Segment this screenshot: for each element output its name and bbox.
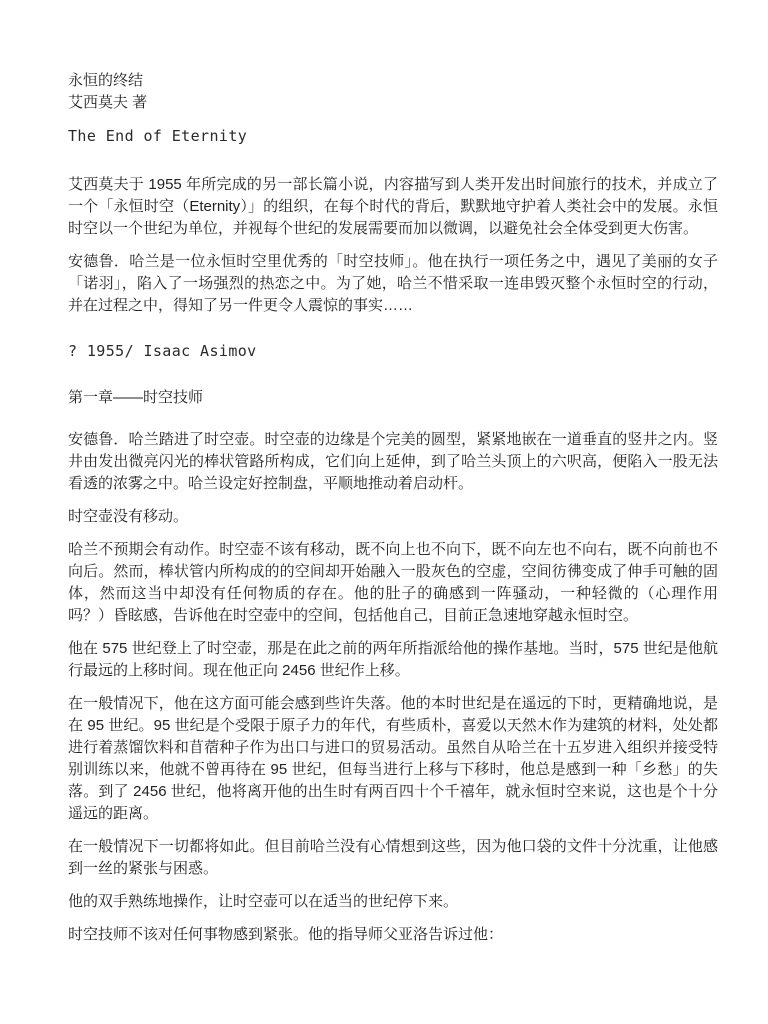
intro-paragraph-1: 艾西莫夫于 1955 年所完成的另一部长篇小说，内容描写到人类开发出时间旅行的技… — [68, 174, 718, 240]
body-paragraph-7: 他的双手熟练地操作，让时空壶可以在适当的世纪停下来。 — [68, 891, 718, 913]
body-paragraph-3: 哈兰不预期会有动作。时空壶不该有移动，既不向上也不向下，既不向左也不向右，既不向… — [68, 539, 718, 627]
document-page: 永恒的终结 艾西莫夫 著 The End of Eternity 艾西莫夫于 1… — [0, 0, 768, 1024]
chapter-heading: 第一章——时空技师 — [68, 387, 718, 409]
intro-paragraph-2: 安德鲁．哈兰是一位永恒时空里优秀的「时空技师」。他在执行一项任务之中，遇见了美丽… — [68, 251, 718, 317]
copyright-line: ? 1955/ Isaac Asimov — [68, 341, 718, 361]
english-title: The End of Eternity — [68, 126, 718, 146]
book-author: 艾西莫夫 著 — [68, 92, 718, 114]
body-paragraph-4: 他在 575 世纪登上了时空壶，那是在此之前的两年所指派给他的操作基地。当时，5… — [68, 638, 718, 682]
book-title: 永恒的终结 — [68, 70, 718, 92]
body-paragraph-8: 时空技师不该对任何事物感到紧张。他的指导师父亚洛告诉过他： — [68, 924, 718, 946]
body-paragraph-6: 在一般情况下一切都将如此。但目前哈兰没有心情想到这些，因为他口袋的文件十分沈重，… — [68, 836, 718, 880]
body-paragraph-2: 时空壶没有移动。 — [68, 506, 718, 528]
body-paragraph-5: 在一般情况下，他在这方面可能会感到些许失落。他的本时世纪是在遥远的下时，更精确地… — [68, 693, 718, 825]
page-content: 永恒的终结 艾西莫夫 著 The End of Eternity 艾西莫夫于 1… — [0, 0, 768, 946]
title-block: 永恒的终结 艾西莫夫 著 — [68, 70, 718, 114]
body-paragraph-1: 安德鲁．哈兰踏进了时空壶。时空壶的边缘是个完美的圆型，紧紧地嵌在一道垂直的竖井之… — [68, 429, 718, 495]
